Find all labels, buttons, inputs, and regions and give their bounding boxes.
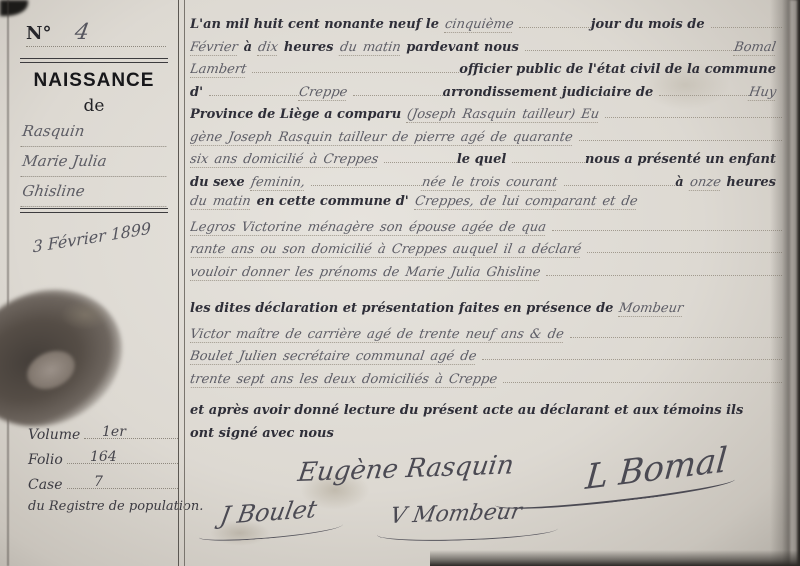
dotted-filler (587, 239, 782, 253)
printed-form-text: ont signé avec nous (190, 426, 334, 441)
scan-corner-shadow (0, 0, 28, 16)
case-label: Case (28, 477, 63, 493)
volume-value: 1er (102, 424, 126, 440)
act-line: Févrieràdixheuresdu matinpardevant nousB… (190, 37, 782, 60)
dotted-filler (512, 149, 585, 163)
margin-reference-block: Volume Folio Case 1er 164 7 du Registre … (28, 424, 178, 514)
act-type-heading-sub: de (14, 96, 174, 116)
act-line: Legros Victorine ménagère son épouse agé… (190, 217, 782, 240)
act-line: du matinen cette commune d'Creppes, de l… (190, 194, 782, 217)
printed-form-text: et après avoir donné lecture du présent … (190, 403, 743, 418)
signature-witness-boulet: J Boulet (218, 495, 319, 530)
act-line: Lambertofficier public de l'état civil d… (190, 59, 782, 82)
printed-form-text: jour du mois de (591, 17, 705, 32)
dotted-filler (252, 59, 459, 73)
dotted-filler (84, 424, 178, 439)
handwritten-entry: Victor maître de carrière agé de trente … (190, 327, 565, 343)
handwritten-entry: Lambert (190, 62, 247, 78)
printed-form-text: du sexe (190, 175, 245, 190)
printed-form-text: pardevant nous (406, 40, 519, 55)
printed-form-text: heures (726, 175, 776, 190)
act-number-row: N° 4 (26, 20, 166, 47)
dotted-filler (579, 127, 783, 141)
dotted-filler (503, 369, 782, 383)
handwritten-entry: Mombeur (618, 301, 685, 317)
handwritten-entry: trente sept ans les deux domiciliés à Cr… (190, 372, 498, 388)
case-row: Case (28, 474, 178, 499)
handwritten-entry: feminin, (249, 175, 306, 191)
act-line: Province de Liège a comparu(Joseph Rasqu… (190, 104, 782, 127)
printed-form-text: en cette commune d' (257, 194, 409, 209)
act-line: d'Creppearrondissement judiciaire deHuy (190, 82, 782, 105)
volume-label: Volume (28, 427, 80, 443)
dotted-filler (482, 346, 782, 360)
handwritten-entry: née le trois courant (421, 175, 559, 191)
handwritten-entry: (Joseph Rasquin tailleur) Eu (406, 107, 601, 123)
act-body: L'an mil huit cent nonante neuf lecinqui… (190, 14, 782, 448)
act-line: rante ans ou son domicilié à Creppes auq… (190, 239, 782, 262)
dotted-filler (546, 262, 782, 276)
dotted-filler (67, 474, 178, 489)
dotted-filler (353, 82, 443, 96)
handwritten-entry: rante ans ou son domicilié à Creppes auq… (190, 242, 582, 258)
margin-given-names: Marie Julia (20, 152, 170, 177)
folio-label: Folio (28, 452, 63, 468)
dotted-filler (659, 82, 749, 96)
handwritten-entry: six ans domicilié à Creppes (190, 152, 379, 168)
handwritten-entry: du matin (338, 40, 401, 56)
handwritten-entry: Creppe (297, 85, 348, 101)
margin-surname: Rasquin (20, 122, 170, 147)
act-line: Victor maître de carrière agé de trente … (190, 324, 782, 347)
dotted-filler (605, 104, 782, 118)
act-line: trente sept ans les deux domiciliés à Cr… (190, 369, 782, 392)
printed-form-text: nous a présenté un enfant (585, 152, 776, 167)
handwritten-entry: Creppes, de lui comparant et de (414, 194, 639, 210)
act-paragraph: L'an mil huit cent nonante neuf lecinqui… (190, 14, 782, 284)
bottom-edge-shadow (430, 550, 800, 566)
dotted-filler (552, 217, 782, 231)
act-type-heading: NAISSANCE (14, 70, 174, 92)
dotted-filler (209, 82, 299, 96)
printed-form-text: heures (284, 40, 334, 55)
dotted-filler (525, 37, 735, 51)
handwritten-entry: Février (190, 40, 239, 56)
act-paragraph: les dites déclaration et présentation fa… (190, 301, 782, 391)
printed-form-text: à (244, 40, 252, 55)
act-line: gène Joseph Rasquin tailleur de pierre a… (190, 127, 782, 150)
dotted-filler (564, 172, 676, 186)
handwritten-entry: Legros Victorine ménagère son épouse agé… (190, 220, 547, 236)
case-value: 7 (94, 474, 103, 490)
signature-declarant: Eugène Rasquin (296, 450, 516, 488)
double-rule (20, 208, 168, 213)
margin-act-date: 3 Février 1899 (33, 219, 152, 257)
dotted-filler (384, 149, 457, 163)
signature-officer-bomal: L Bomal (584, 440, 729, 498)
act-line: L'an mil huit cent nonante neuf lecinqui… (190, 14, 782, 37)
handwritten-entry: onze (688, 175, 721, 191)
printed-form-text: L'an mil huit cent nonante neuf le (190, 17, 439, 32)
act-line: Boulet Julien secrétaire communal agé de (190, 346, 782, 369)
printed-form-text: arrondissement judiciaire de (443, 85, 654, 100)
act-line: six ans domicilié à Creppesle quelnous a… (190, 149, 782, 172)
act-line: les dites déclaration et présentation fa… (190, 301, 782, 324)
act-paragraph: et après avoir donné lecture du présent … (190, 403, 782, 448)
next-page-sliver (790, 0, 797, 566)
dotted-filler (519, 14, 590, 28)
register-page-scan: N° 4 NAISSANCE de Rasquin Marie Julia Gh… (0, 0, 800, 566)
margin-given-names-2: Ghisline (20, 182, 170, 207)
handwritten-entry: vouloir donner les prénoms de Marie Juli… (190, 265, 542, 281)
printed-form-text: à (675, 175, 683, 190)
folio-value: 164 (90, 449, 117, 465)
handwritten-entry: dix (257, 40, 279, 56)
dotted-filler (570, 324, 782, 338)
act-line: et après avoir donné lecture du présent … (190, 403, 782, 426)
page-edge-line (7, 0, 9, 566)
act-number-value: 4 (72, 20, 90, 45)
handwritten-entry: cinquième (444, 17, 515, 33)
act-line: du sexefeminin,née le trois courantàonze… (190, 172, 782, 195)
act-line: vouloir donner les prénoms de Marie Juli… (190, 262, 782, 285)
printed-form-text: Province de Liège a comparu (190, 107, 401, 122)
margin-divider-rule (178, 0, 185, 566)
register-note: du Registre de population. (28, 499, 178, 514)
double-rule (20, 58, 168, 63)
handwritten-entry: gène Joseph Rasquin tailleur de pierre a… (190, 130, 574, 146)
printed-form-text: officier public de l'état civil de la co… (459, 62, 776, 77)
dotted-filler (311, 172, 423, 186)
handwritten-entry: du matin (190, 194, 252, 210)
printed-form-text: les dites déclaration et présentation fa… (190, 301, 613, 316)
printed-form-text: d' (190, 85, 203, 100)
act-number-label: N° (26, 23, 51, 44)
dotted-filler (67, 449, 178, 464)
handwritten-entry: Boulet Julien secrétaire communal agé de (190, 349, 478, 365)
printed-form-text: le quel (457, 152, 507, 167)
